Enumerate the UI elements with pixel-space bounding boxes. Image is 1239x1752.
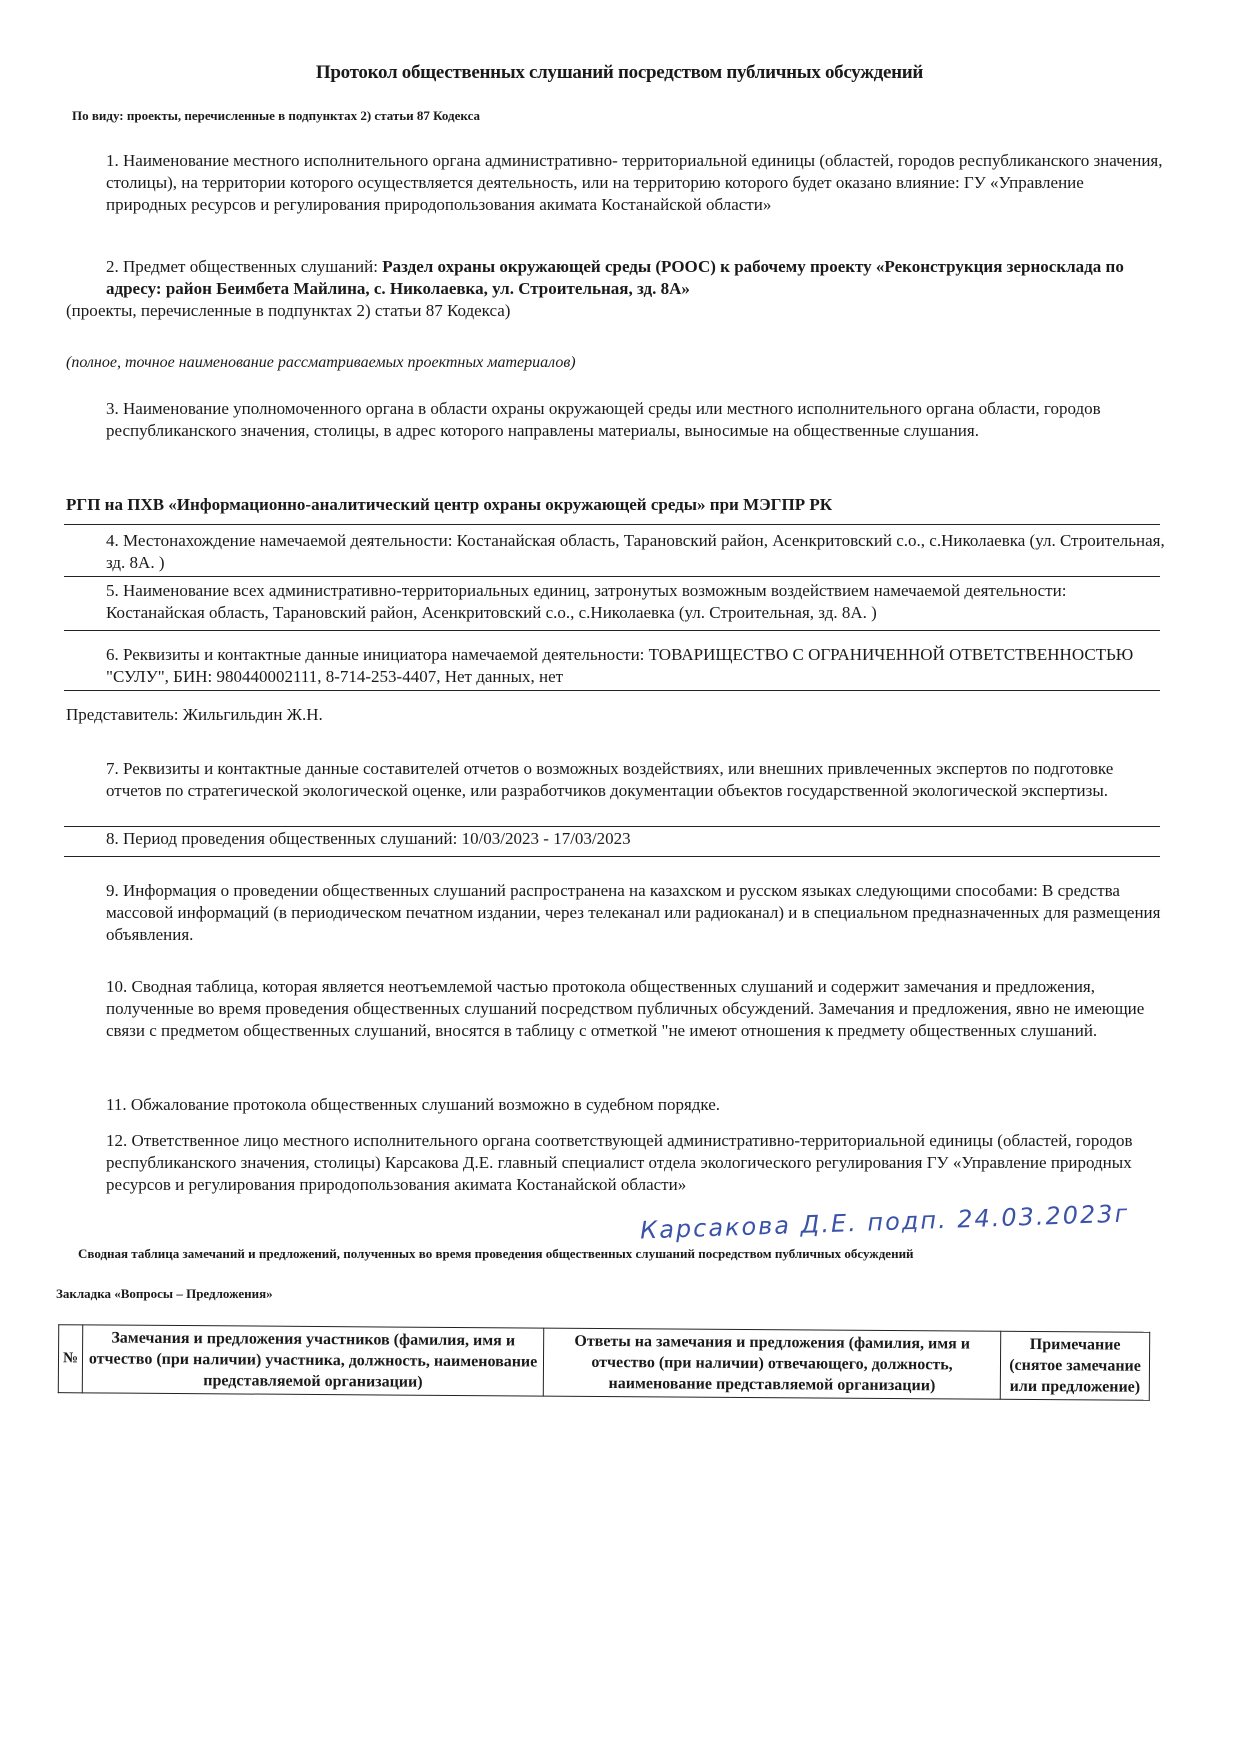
divider <box>64 524 1160 525</box>
item-12: 12. Ответственное лицо местного исполнит… <box>66 1130 1166 1196</box>
item-10: 10. Сводная таблица, которая является не… <box>66 976 1166 1042</box>
divider <box>64 630 1160 631</box>
item-2: 2. Предмет общественных слушаний: Раздел… <box>66 256 1166 322</box>
item-11: 11. Обжалование протокола общественных с… <box>66 1094 1166 1116</box>
item-8: 8. Период проведения общественных слушан… <box>66 828 1166 850</box>
item-3-organization: РГП на ПХВ «Информационно-аналитический … <box>66 494 1166 516</box>
representative: Представитель: Жильгильдин Ж.Н. <box>66 704 1166 726</box>
protocol-page: Протокол общественных слушаний посредств… <box>0 0 1239 1752</box>
divider <box>64 856 1160 857</box>
item-1: 1. Наименование местного исполнительного… <box>66 150 1166 216</box>
summary-table: № Замечания и предложения участников (фа… <box>58 1324 1151 1401</box>
document-subtitle: По виду: проекты, перечисленные в подпун… <box>72 108 480 124</box>
divider <box>64 576 1160 577</box>
col-number: № <box>58 1325 83 1393</box>
item-2-label: 2. Предмет общественных слушаний: <box>106 257 382 276</box>
col-answers: Ответы на замечания и предложения (фамил… <box>543 1328 1000 1399</box>
divider <box>64 690 1160 691</box>
divider <box>64 826 1160 827</box>
item-2-italic-note: (полное, точное наименование рассматрива… <box>66 352 1166 374</box>
col-note: Примечание (снятое замечание или предлож… <box>1000 1331 1149 1400</box>
item-9: 9. Информация о проведении общественных … <box>66 880 1166 946</box>
table-header-row: № Замечания и предложения участников (фа… <box>58 1325 1150 1401</box>
item-6: 6. Реквизиты и контактные данные инициат… <box>66 644 1166 688</box>
summary-table-title: Сводная таблица замечаний и предложений,… <box>78 1246 914 1262</box>
document-title: Протокол общественных слушаний посредств… <box>0 62 1239 84</box>
col-remarks: Замечания и предложения участников (фами… <box>82 1325 543 1396</box>
handwritten-signature: Карсакова Д.Е. подп. 24.03.2023г <box>640 1199 1130 1244</box>
item-4: 4. Местонахождение намечаемой деятельнос… <box>66 530 1166 574</box>
item-3: 3. Наименование уполномоченного органа в… <box>66 398 1166 442</box>
bookmark-label: Закладка «Вопросы – Предложения» <box>56 1286 273 1302</box>
item-5: 5. Наименование всех административно-тер… <box>66 580 1166 624</box>
item-7: 7. Реквизиты и контактные данные состави… <box>66 758 1166 802</box>
item-2-note: (проекты, перечисленные в подпунктах 2) … <box>66 300 1166 322</box>
